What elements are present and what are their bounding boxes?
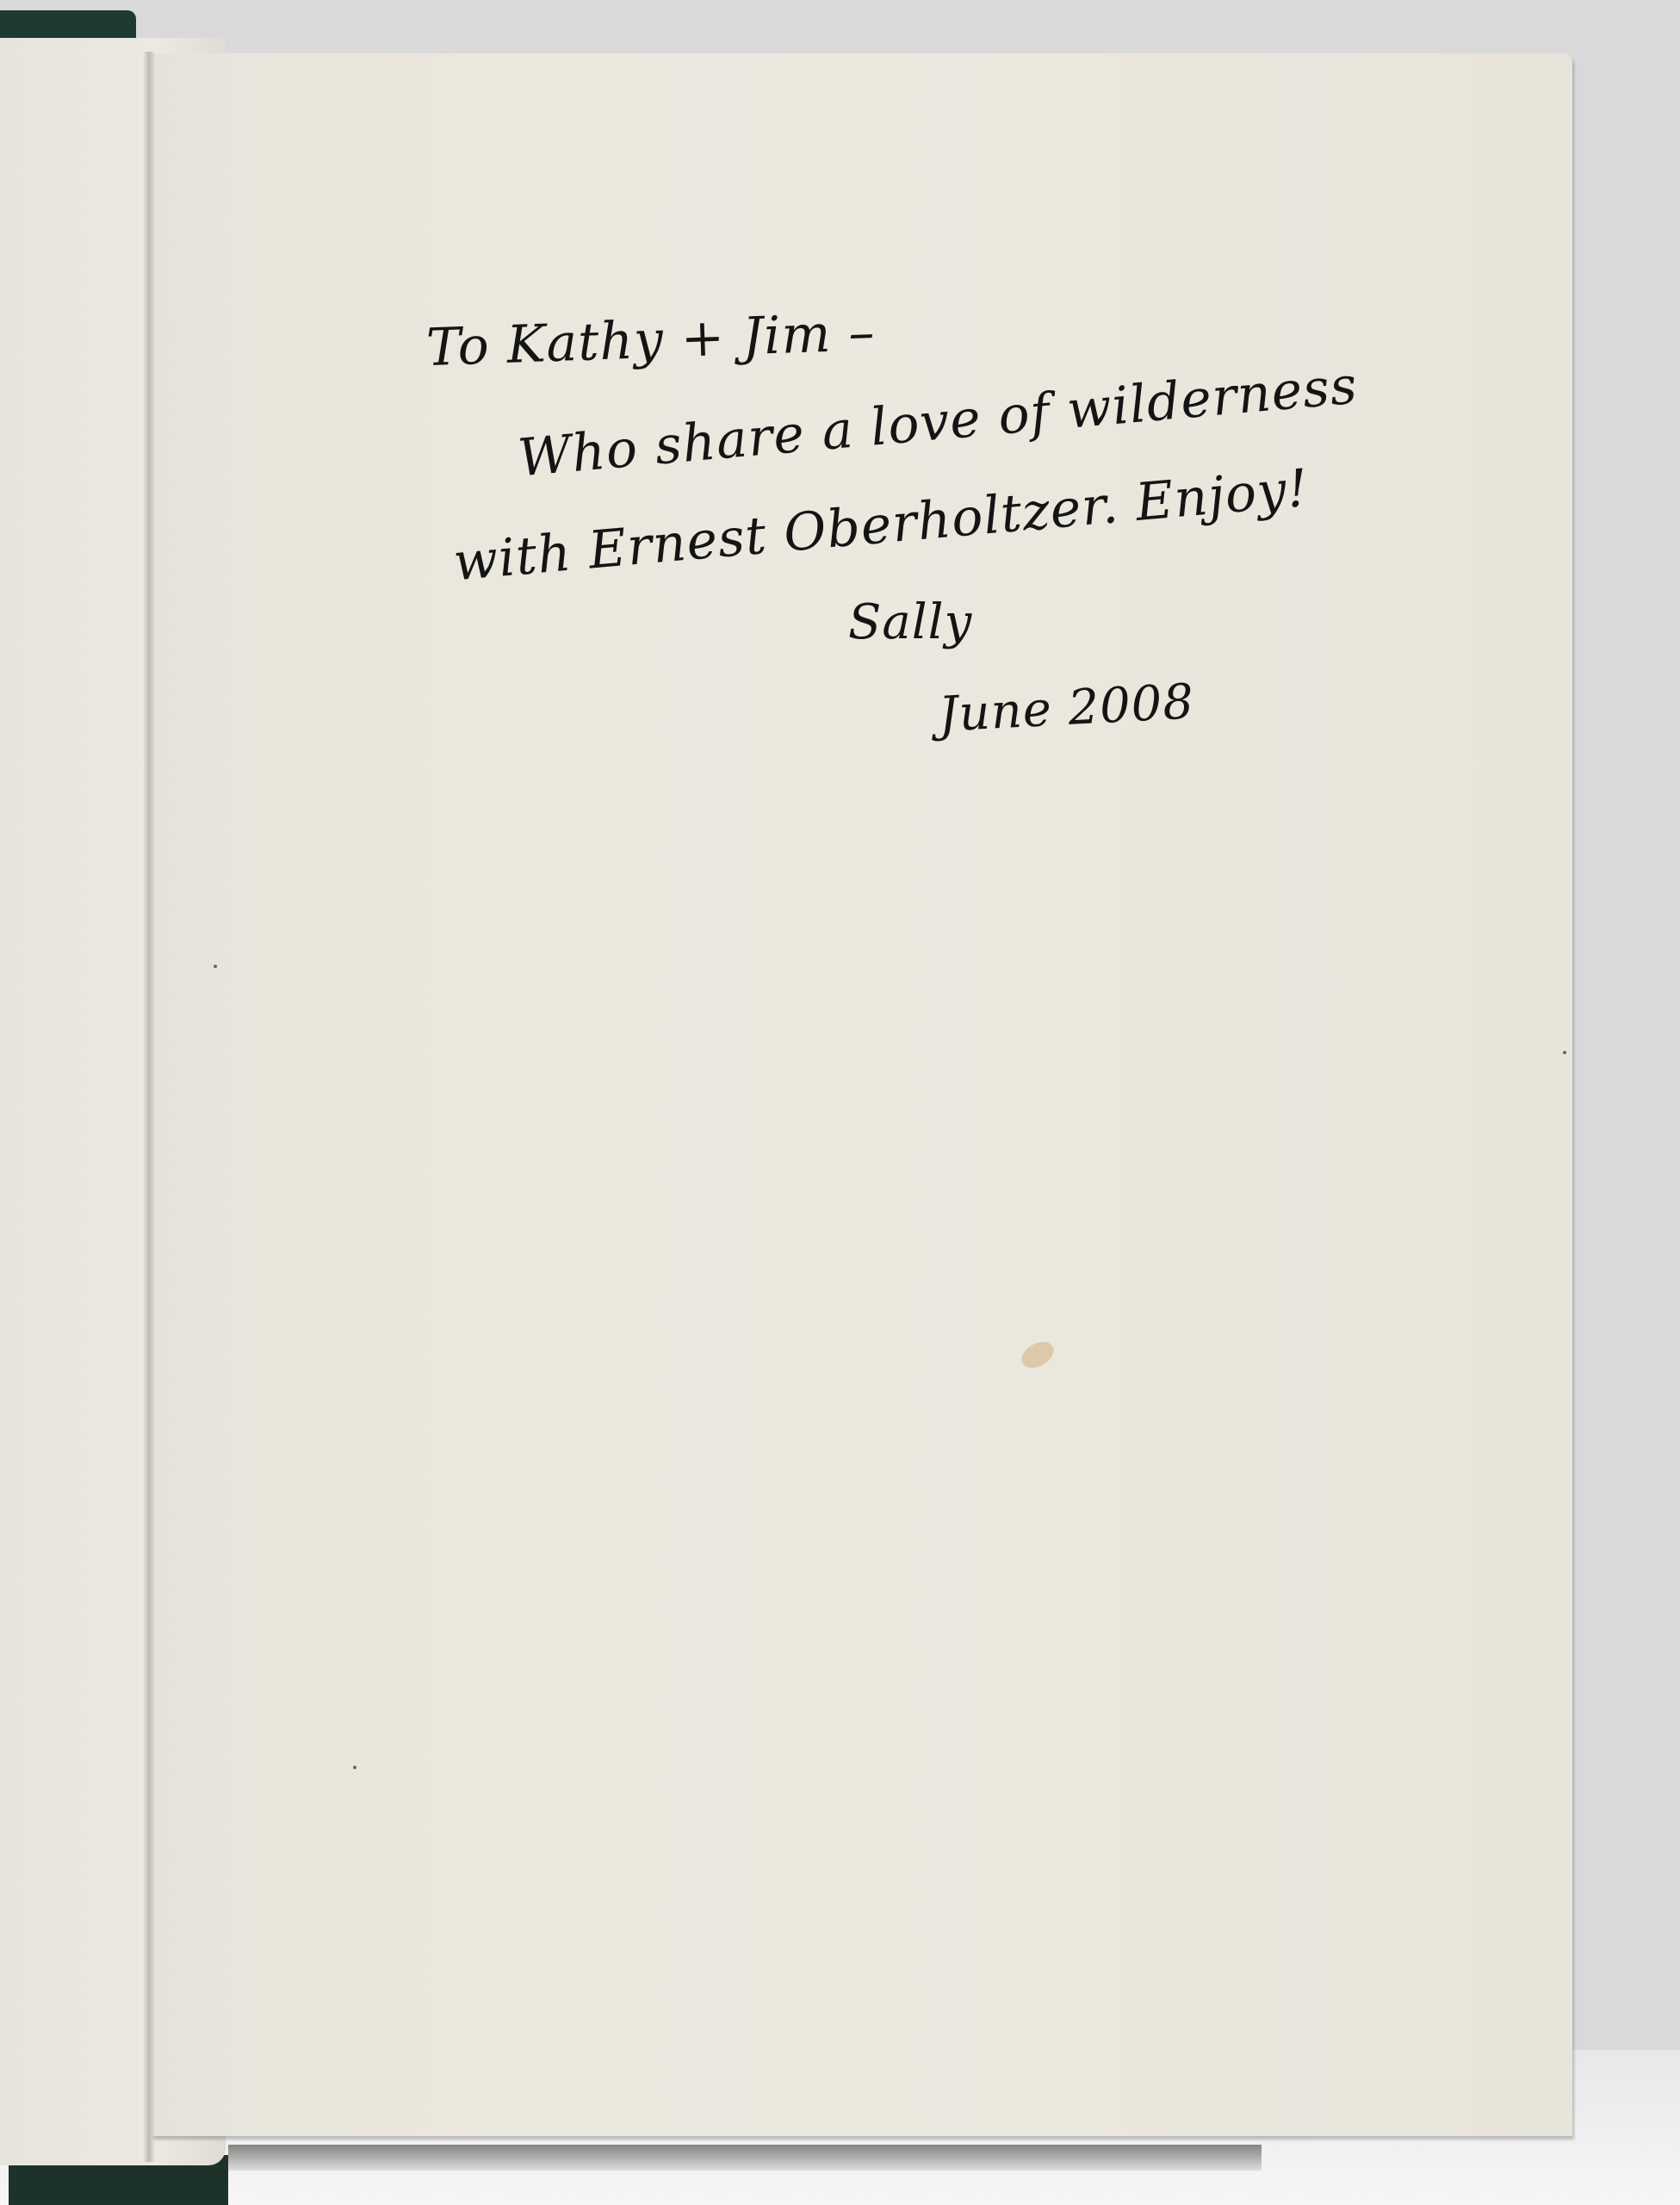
paper-speck — [214, 965, 217, 968]
book-gutter — [143, 52, 155, 2162]
inscription-signature: Sally — [848, 594, 972, 650]
book-cover-top-edge — [0, 10, 136, 40]
paper-speck — [1563, 1051, 1566, 1054]
flyleaf-page — [152, 53, 1572, 2136]
paper-speck — [353, 1766, 356, 1769]
book-cover-shadow — [228, 2145, 1262, 2171]
